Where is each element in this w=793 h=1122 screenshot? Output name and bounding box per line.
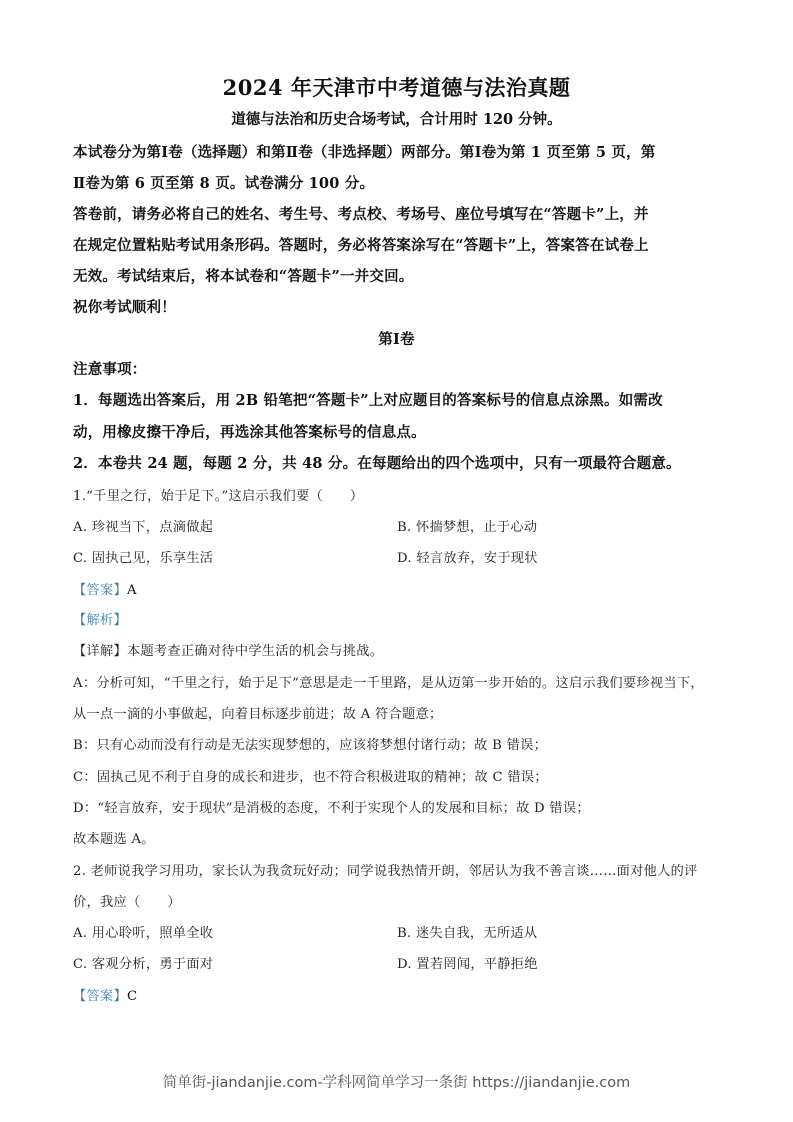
question-1-option-a: A. 珍视当下，点滴做起	[73, 516, 213, 535]
detail-text: 本题考查正确对待中学生活的机会与挑战。	[127, 644, 383, 659]
note-line: 动，用橡皮擦干净后，再选涂其他答案标号的信息点。	[73, 421, 426, 442]
question-1-option-b: B. 怀揣梦想，止于心动	[397, 516, 537, 535]
question-2-option-b: B. 迷失自我，无所适从	[397, 922, 537, 941]
question-1-analysis-label: 【解析】	[73, 609, 127, 628]
explanation-line: C：固执己见不利于自身的成长和进步，也不符合积极进取的精神；故 C 错误；	[73, 766, 548, 785]
question-2-option-d: D. 置若罔闻，平静拒绝	[397, 953, 538, 972]
section-title: 第Ⅰ卷	[0, 328, 793, 349]
note-line: 2．本卷共 24 题，每题 2 分，共 48 分。在每题给出的四个选项中，只有一…	[73, 452, 681, 473]
question-2-option-a: A. 用心聆听，照单全收	[73, 922, 213, 941]
question-1-option-c: C. 固执己见，乐享生活	[73, 547, 213, 566]
answer-label: 【答案】	[73, 583, 127, 598]
notes-heading: 注意事项：	[73, 358, 147, 379]
note-line: 1．每题选出答案后，用 2B 铅笔把“答题卡”上对应题目的答案标号的信息点涂黑。…	[73, 389, 663, 410]
answer-value: A	[127, 583, 137, 598]
answer-label: 【答案】	[73, 989, 127, 1004]
question-2-answer: 【答案】C	[73, 985, 137, 1004]
explanation-line: B：只有心动而没有行动是无法实现梦想的，应该将梦想付诸行动；故 B 错误；	[73, 734, 547, 753]
explanation-line: D：“轻言放弃，安于现状”是消极的态度，不利于实现个人的发展和目标；故 D 错误…	[73, 797, 590, 816]
intro-line: 本试卷分为第Ⅰ卷（选择题）和第Ⅱ卷（非选择题）两部分。第Ⅰ卷为第 1 页至第 5…	[73, 141, 655, 162]
exam-page: 2024 年天津市中考道德与法治真题 道德与法治和历史合场考试，合计用时 120…	[0, 0, 793, 1122]
question-1-option-d: D. 轻言放弃，安于现状	[397, 547, 538, 566]
question-1-stem: 1.“千里之行，始于足下。”这启示我们要（ ）	[73, 485, 363, 504]
analysis-label: 【解析】	[73, 613, 127, 628]
explanation-line: 从一点一滴的小事做起，向着目标逐步前进；故 A 符合题意；	[73, 703, 442, 722]
question-2-stem: 2. 老师说我学习用功，家长认为我贪玩好动；同学说我热情开朗，邻居认为我不善言谈…	[73, 860, 698, 879]
good-luck-line: 祝你考试顺利！	[73, 296, 176, 317]
explanation-conclusion: 故本题选 A。	[73, 828, 155, 847]
intro-line: 无效。考试结束后，将本试卷和“答题卡”一并交回。	[73, 265, 413, 286]
intro-line: 答卷前，请务必将自己的姓名、考生号、考点校、考场号、座位号填写在“答题卡”上，并	[73, 203, 649, 224]
page-title: 2024 年天津市中考道德与法治真题	[0, 72, 793, 102]
intro-line: 在规定位置粘贴考试用条形码。答题时，务必将答案涂写在“答题卡”上，答案答在试卷上	[73, 234, 649, 255]
footer-watermark: 简单街-jiandanjie.com-学科网简单学习一条街 https://ji…	[0, 1071, 793, 1092]
explanation-line: A：分析可知，“千里之行，始于足下”意思是走一千里路，是从迈第一步开始的。这启示…	[73, 672, 704, 691]
intro-line: Ⅱ卷为第 6 页至第 8 页。试卷满分 100 分。	[73, 172, 374, 193]
answer-value: C	[127, 989, 137, 1004]
question-2-option-c: C. 客观分析，勇于面对	[73, 953, 213, 972]
detail-label: 【详解】	[73, 644, 127, 659]
exam-duration-note: 道德与法治和历史合场考试，合计用时 120 分钟。	[0, 108, 793, 129]
question-1-detail: 【详解】本题考查正确对待中学生活的机会与挑战。	[73, 640, 383, 659]
question-1-answer: 【答案】A	[73, 579, 137, 598]
question-2-stem-cont: 价，我应（ ）	[73, 891, 181, 910]
